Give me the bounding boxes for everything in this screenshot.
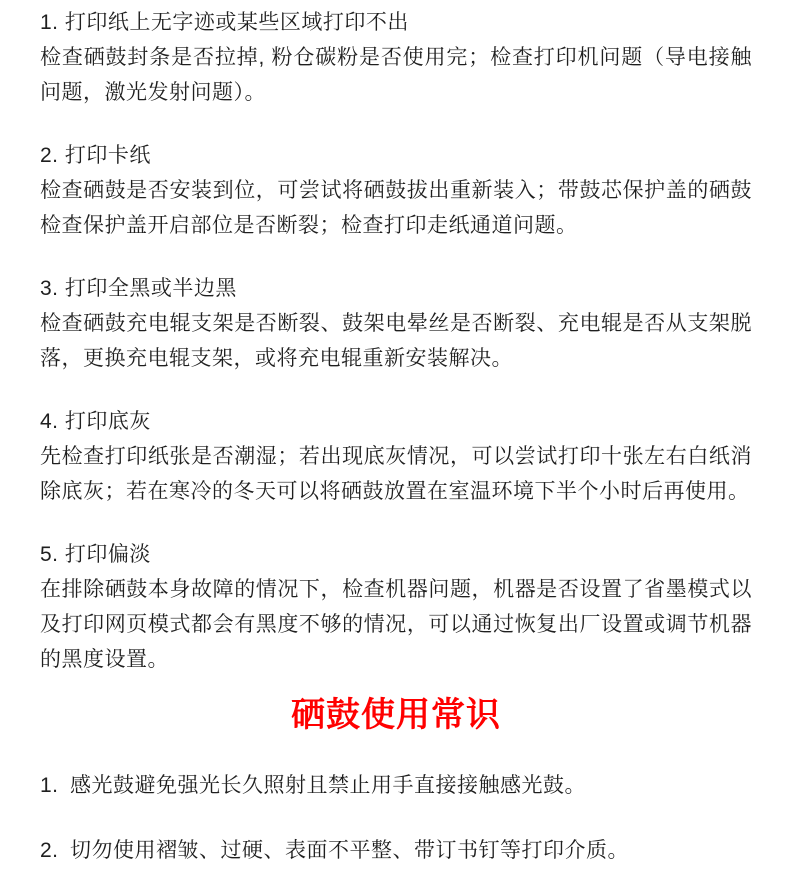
section-body: 先检查打印纸张是否潮湿；若出现底灰情况，可以尝试打印十张左右白纸消除底灰；若在寒…: [40, 439, 752, 509]
notice-title: 硒鼓使用常识: [40, 695, 752, 735]
notice-item: 2. 切勿使用褶皱、过硬、表面不平整、带订书钉等打印介质。: [40, 833, 752, 868]
notice-item-number: 2.: [40, 833, 70, 868]
toner-cartridge-troubleshooting-document: 1. 打印纸上无字迹或某些区域打印不出 检查硒鼓封条是否拉掉, 粉仓碳粉是否使用…: [0, 0, 790, 872]
section-heading: 5. 打印偏淡: [40, 537, 752, 572]
section-heading: 2. 打印卡纸: [40, 138, 752, 173]
section-body: 在排除硒鼓本身故障的情况下，检查机器问题，机器是否设置了省墨模式以及打印网页模式…: [40, 572, 752, 677]
section-print-too-light: 5. 打印偏淡 在排除硒鼓本身故障的情况下，检查机器问题，机器是否设置了省墨模式…: [40, 537, 752, 677]
notice-item-text: 感光鼓避免强光长久照射且禁止用手直接接触感光鼓。: [70, 768, 752, 803]
notice-list: 1. 感光鼓避免强光长久照射且禁止用手直接接触感光鼓。 2. 切勿使用褶皱、过硬…: [40, 768, 752, 868]
section-heading: 4. 打印底灰: [40, 404, 752, 439]
section-paper-jam: 2. 打印卡纸 检查硒鼓是否安装到位，可尝试将硒鼓拔出重新装入；带鼓芯保护盖的硒…: [40, 138, 752, 243]
notice-item-text: 切勿使用褶皱、过硬、表面不平整、带订书钉等打印介质。: [70, 833, 752, 868]
section-heading: 1. 打印纸上无字迹或某些区域打印不出: [40, 5, 752, 40]
section-body: 检查硒鼓充电辊支架是否断裂、鼓架电晕丝是否断裂、充电辊是否从支架脱落，更换充电辊…: [40, 306, 752, 376]
section-print-all-black: 3. 打印全黑或半边黑 检查硒鼓充电辊支架是否断裂、鼓架电晕丝是否断裂、充电辊是…: [40, 271, 752, 376]
section-gray-background: 4. 打印底灰 先检查打印纸张是否潮湿；若出现底灰情况，可以尝试打印十张左右白纸…: [40, 404, 752, 509]
section-body: 检查硒鼓封条是否拉掉, 粉仓碳粉是否使用完；检查打印机问题（导电接触问题，激光发…: [40, 40, 752, 110]
notice-item-number: 1.: [40, 768, 70, 803]
section-heading: 3. 打印全黑或半边黑: [40, 271, 752, 306]
section-print-blank: 1. 打印纸上无字迹或某些区域打印不出 检查硒鼓封条是否拉掉, 粉仓碳粉是否使用…: [40, 5, 752, 110]
notice-item: 1. 感光鼓避免强光长久照射且禁止用手直接接触感光鼓。: [40, 768, 752, 803]
section-body: 检查硒鼓是否安装到位，可尝试将硒鼓拔出重新装入；带鼓芯保护盖的硒鼓检查保护盖开启…: [40, 173, 752, 243]
